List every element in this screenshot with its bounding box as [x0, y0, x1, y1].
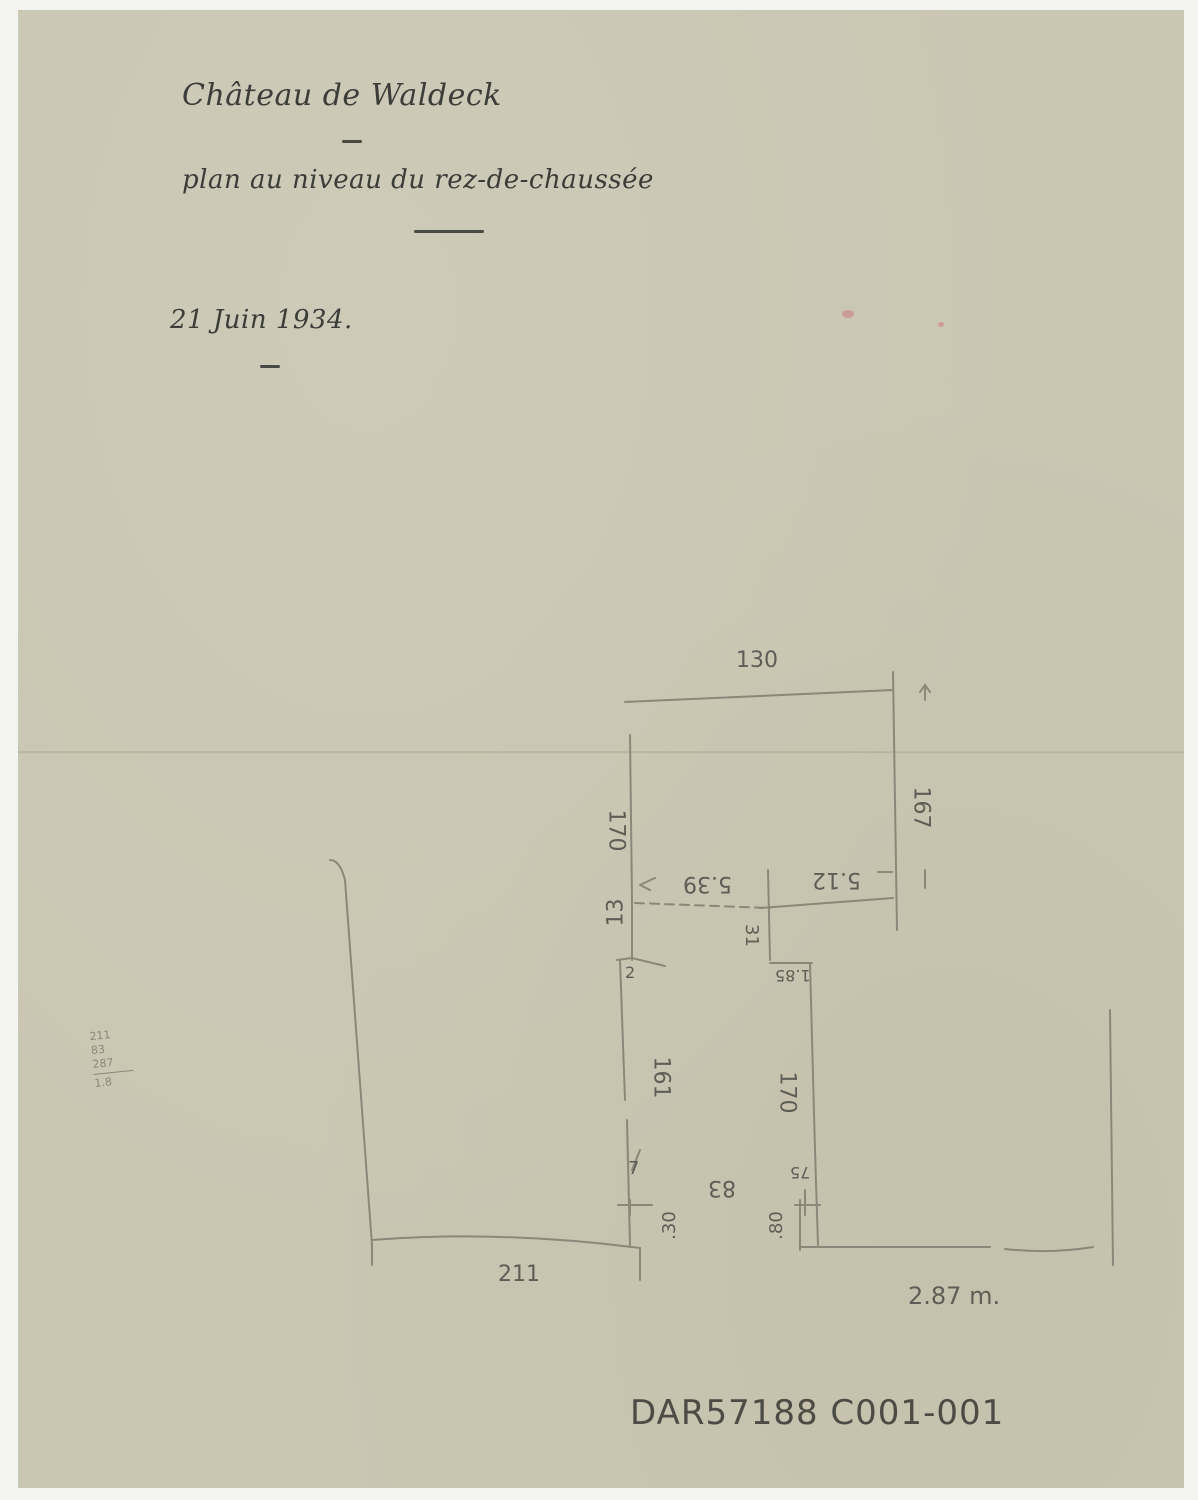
dim-left-wall-lower: 161 — [649, 1057, 674, 1099]
dim-inner-step: 31 — [741, 924, 762, 947]
dim-inner-left-span: 5.39 — [683, 871, 732, 896]
archive-reference: DAR57188 C001-001 — [630, 1393, 1004, 1433]
dim-inner-right-span: 5.12 — [812, 867, 861, 892]
dim-left-jamb: 7 — [628, 1158, 639, 1179]
dim-right-jamb: 75 — [790, 1163, 810, 1182]
dim-opening-width: 83 — [708, 1175, 736, 1200]
dim-right-wall-lower: 170 — [775, 1072, 800, 1114]
dim-right-upper-height: 167 — [909, 787, 934, 829]
floor-plan-sketch — [0, 0, 1198, 1500]
dim-inner-corner: 1.85 — [775, 966, 811, 985]
margin-sums: 211 83 287 1.8 — [89, 1026, 135, 1091]
unit-note: 2.87 m. — [908, 1282, 1000, 1310]
dim-left-threshold: .30 — [659, 1211, 680, 1240]
dim-left-step: 13 — [604, 899, 629, 927]
dim-bottom-left-width: 211 — [498, 1262, 540, 1287]
dim-left-upper-height: 170 — [604, 810, 629, 852]
dim-small-offset: 2 — [625, 963, 635, 982]
dim-right-threshold: .80 — [766, 1211, 787, 1240]
sum-line: 287 — [92, 1054, 133, 1072]
dim-top-width: 130 — [736, 648, 778, 673]
